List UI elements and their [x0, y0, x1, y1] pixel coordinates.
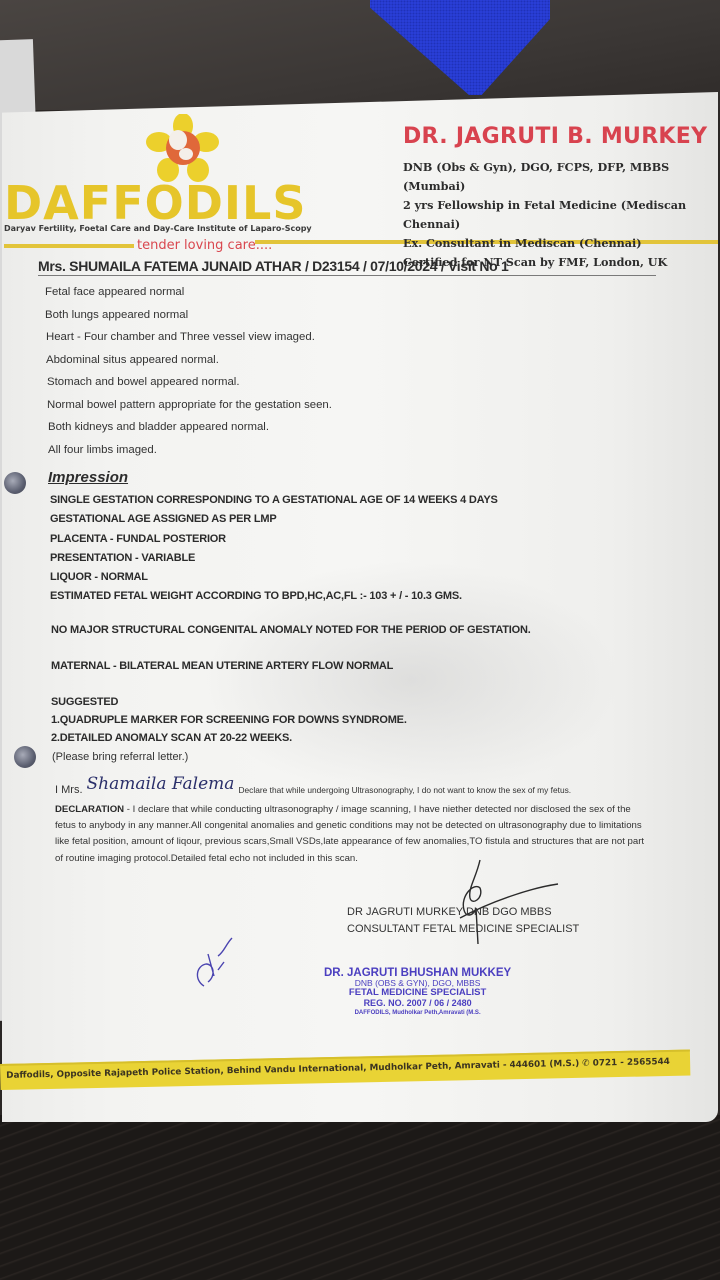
clinic-logo-wordmark: DAFFODILS	[4, 178, 306, 228]
handwritten-patient-name: Shamaila Falema	[87, 774, 235, 794]
clinic-subtitle: Daryav Fertility, Foetal Care and Day-Ca…	[4, 224, 312, 233]
declaration-body: - I declare that while conducting ultras…	[55, 804, 644, 864]
impression-item: GESTATIONAL AGE ASSIGNED AS PER LMP	[50, 511, 498, 530]
signature-title: CONSULTANT FETAL MEDICINE SPECIALIST	[347, 921, 579, 938]
impression-item: LIQUOR - NORMAL	[50, 569, 498, 588]
finding-item: All four limbs imaged.	[48, 441, 332, 464]
finding-item: Normal bowel pattern appropriate for the…	[47, 396, 332, 419]
daffodil-flower-icon	[146, 114, 220, 184]
patient-declaration-line: I Mrs.Shamaila FalemaDeclare that while …	[55, 778, 571, 798]
clinic-tagline: tender loving care....	[137, 238, 272, 253]
maternal-note: MATERNAL - BILATERAL MEAN UTERINE ARTERY…	[51, 660, 393, 672]
binder-hole-icon	[4, 472, 26, 494]
finding-item: Heart - Four chamber and Three vessel vi…	[46, 328, 332, 351]
anomaly-note: NO MAJOR STRUCTURAL CONGENITAL ANOMALY N…	[51, 624, 531, 636]
stamp-address: DAFFODILS, Mudholkar Peth,Amravati (M.S.	[324, 1008, 511, 1018]
qualification-line: 2 yrs Fellowship in Fetal Medicine (Medi…	[403, 196, 720, 234]
suggestion-item: 2.DETAILED ANOMALY SCAN AT 20-22 WEEKS.	[51, 732, 292, 744]
impression-heading: Impression	[48, 469, 128, 486]
qualification-line: DNB (Obs & Gyn), DGO, FCPS, DFP, MBBS (M…	[403, 158, 720, 196]
doctor-stamp: DR. JAGRUTI BHUSHAN MUKKEY DNB (OBS & GY…	[324, 968, 511, 1018]
declaration-label: DECLARATION	[55, 804, 124, 815]
stamp-name: DR. JAGRUTI BHUSHAN MUKKEY	[324, 968, 511, 978]
doctor-name: DR. JAGRUTI B. MURKEY	[403, 124, 707, 149]
impression-item: ESTIMATED FETAL WEIGHT ACCORDING TO BPD,…	[50, 588, 498, 607]
finding-item: Stomach and bowel appeared normal.	[47, 373, 332, 396]
impression-item: PRESENTATION - VARIABLE	[50, 550, 498, 569]
referral-note: (Please bring referral letter.)	[52, 751, 188, 763]
background-surface-top	[0, 0, 720, 110]
finding-item: Both kidneys and bladder appeared normal…	[48, 418, 332, 441]
declaration-prefix: I Mrs.	[55, 784, 83, 796]
patient-info-line: Mrs. SHUMAILA FATEMA JUNAID ATHAR / D231…	[38, 258, 656, 276]
findings-list: Fetal face appeared normal Both lungs ap…	[45, 283, 332, 463]
signature-block: DR JAGRUTI MURKEY DNB DGO MBBS CONSULTAN…	[347, 904, 579, 938]
suggestion-item: 1.QUADRUPLE MARKER FOR SCREENING FOR DOW…	[51, 714, 407, 726]
finding-item: Both lungs appeared normal	[45, 306, 332, 329]
impression-list: SINGLE GESTATION CORRESPONDING TO A GEST…	[50, 492, 498, 608]
background-surface-bottom	[0, 1115, 720, 1280]
impression-item: SINGLE GESTATION CORRESPONDING TO A GEST…	[50, 492, 498, 511]
signature-name: DR JAGRUTI MURKEY DNB DGO MBBS	[347, 904, 579, 921]
doctor-qualifications: DNB (Obs & Gyn), DGO, FCPS, DFP, MBBS (M…	[403, 158, 720, 272]
patient-initials-signature-icon	[190, 936, 242, 994]
patient-statement: Declare that while undergoing Ultrasonog…	[238, 785, 571, 795]
stamp-title: FETAL MEDICINE SPECIALIST	[324, 988, 511, 998]
stamp-registration: REG. NO. 2007 / 06 / 2480	[324, 998, 511, 1008]
qualification-line: Ex. Consultant in Mediscan (Chennai)	[403, 234, 720, 253]
impression-item: PLACENTA - FUNDAL POSTERIOR	[50, 531, 498, 550]
suggested-heading: SUGGESTED	[51, 696, 118, 708]
finding-item: Fetal face appeared normal	[45, 283, 332, 306]
header-divider-left	[4, 244, 134, 248]
binder-hole-icon	[14, 746, 36, 768]
finding-item: Abdominal situs appeared normal.	[46, 351, 332, 374]
